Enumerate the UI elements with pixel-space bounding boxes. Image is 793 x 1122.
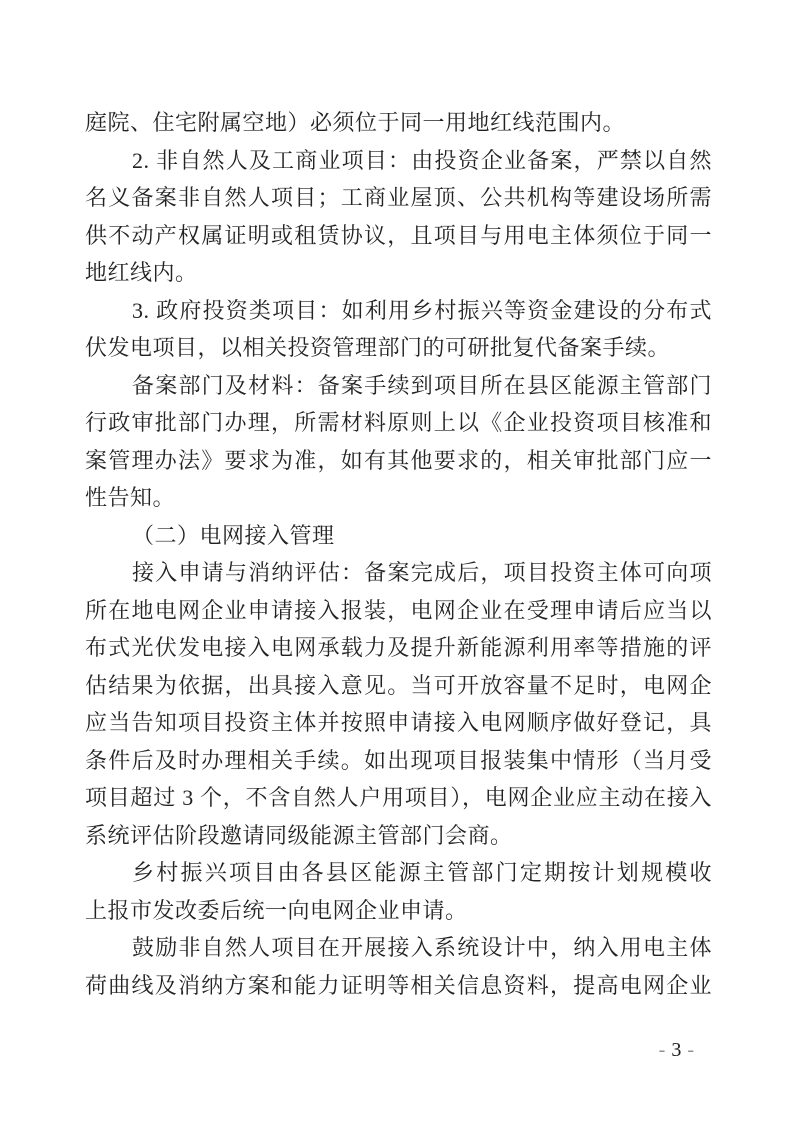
text-line: 地红线内。 [85, 254, 712, 292]
text-line: 鼓励非自然人项目在开展接入系统设计中，纳入用电主体负 [85, 929, 712, 967]
text-line: 荷曲线及消纳方案和能力证明等相关信息资料，提高电网企业和 [85, 967, 712, 1005]
text-line: 性告知。 [85, 479, 712, 517]
text-line: 名义备案非自然人项目；工商业屋顶、公共机构等建设场所需提 [85, 179, 712, 217]
text-line: 3. 政府投资类项目：如利用乡村振兴等资金建设的分布式光 [85, 292, 712, 330]
text-line: （二）电网接入管理 [85, 517, 712, 555]
text-line: 供不动产权属证明或租赁协议，且项目与用电主体须位于同一用 [85, 217, 712, 255]
text-line: 乡村振兴项目由各县区能源主管部门定期按计划规模收集， [85, 854, 712, 892]
text-line: 行政审批部门办理，所需材料原则上以《企业投资项目核准和备 [85, 404, 712, 442]
text-line: 应当告知项目投资主体并按照申请接入电网顺序做好登记，具备 [85, 704, 712, 742]
text-line: 上报市发改委后统一向电网企业申请。 [85, 892, 712, 930]
text-line: 系统评估阶段邀请同级能源主管部门会商。 [85, 817, 712, 855]
text-line: 案管理办法》要求为准，如有其他要求的，相关审批部门应一次 [85, 442, 712, 480]
text-line: 伏发电项目，以相关投资管理部门的可研批复代备案手续。 [85, 329, 712, 367]
text-line: 所在地电网企业申请接入报装，电网企业在受理申请后应当以分 [85, 592, 712, 630]
text-line: 估结果为依据，出具接入意见。当可开放容量不足时，电网企业 [85, 667, 712, 705]
text-line: 接入申请与消纳评估：备案完成后，项目投资主体可向项目 [85, 554, 712, 592]
page-footer: -3- [653, 1038, 700, 1062]
footer-dash-left: - [653, 1039, 672, 1061]
text-line: 条件后及时办理相关手续。如出现项目报装集中情形（当月受理 [85, 742, 712, 780]
document-body: 庭院、住宅附属空地）必须位于同一用地红线范围内。2. 非自然人及工商业项目：由投… [85, 104, 712, 1004]
page-number: 3 [671, 1039, 681, 1061]
footer-dash-right: - [681, 1039, 700, 1061]
document-page: 庭院、住宅附属空地）必须位于同一用地红线范围内。2. 非自然人及工商业项目：由投… [0, 0, 793, 1122]
text-line: 庭院、住宅附属空地）必须位于同一用地红线范围内。 [85, 104, 712, 142]
text-line: 布式光伏发电接入电网承载力及提升新能源利用率等措施的评 [85, 629, 712, 667]
text-line: 备案部门及材料：备案手续到项目所在县区能源主管部门或 [85, 367, 712, 405]
text-line: 2. 非自然人及工商业项目：由投资企业备案，严禁以自然人 [85, 142, 712, 180]
text-line: 项目超过 3 个，不含自然人户用项目），电网企业应主动在接入 [85, 779, 712, 817]
